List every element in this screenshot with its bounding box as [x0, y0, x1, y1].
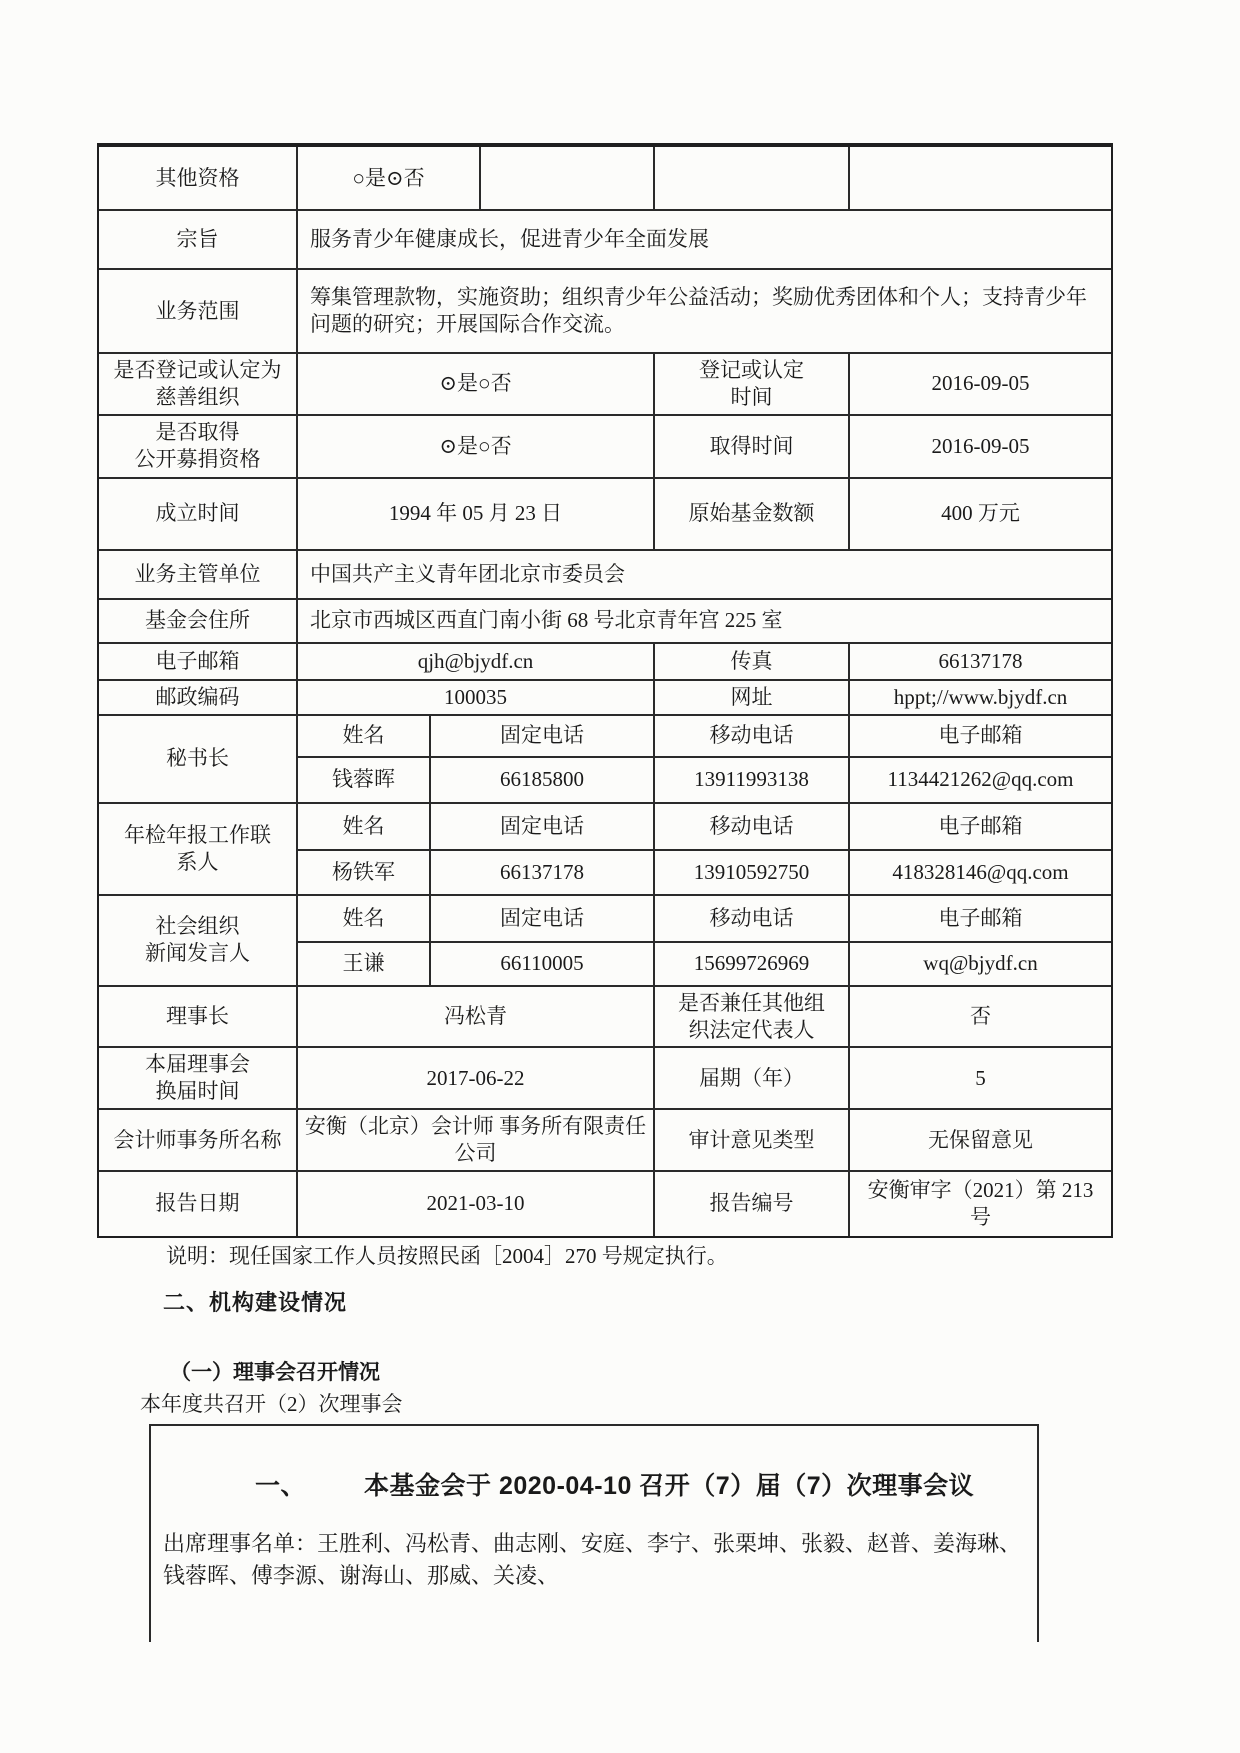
- row-value: 中国共产主义青年团北京市委员会: [296, 551, 1111, 598]
- col-header-tel: 固定电话: [429, 716, 653, 756]
- table-row-chairman: 理事长 冯松青 是否兼任其他组 织法定代表人 否: [99, 985, 1111, 1047]
- person-mail: 418328146@qq.com: [848, 851, 1111, 894]
- person-mobile: 15699726969: [653, 943, 848, 985]
- board-meeting-box: 一、 本基金会于 2020-04-10 召开（7）届（7）次理事会议 出席理事名…: [149, 1424, 1039, 1642]
- person-mobile: 13911993138: [653, 758, 848, 802]
- row-value: 冯松青: [296, 987, 653, 1047]
- group-data-row: 杨铁军 66137178 13910592750 418328146@qq.co…: [298, 849, 1111, 894]
- row-value: 2021-03-10: [296, 1172, 653, 1236]
- person-name: 杨铁军: [298, 851, 429, 894]
- col-header-mail: 电子邮箱: [848, 804, 1111, 849]
- col-header-mobile: 移动电话: [653, 716, 848, 756]
- row-sublabel: 原始基金数额: [653, 479, 848, 549]
- group-subtable: 姓名 固定电话 移动电话 电子邮箱 杨铁军 66137178 139105927…: [296, 804, 1111, 894]
- row-label: 基金会住所: [99, 600, 296, 642]
- col-header-mail: 电子邮箱: [848, 716, 1111, 756]
- table-group-secretary: 秘书长 姓名 固定电话 移动电话 电子邮箱 钱蓉晖 66185800 13911…: [99, 714, 1111, 802]
- col-header-tel: 固定电话: [429, 804, 653, 849]
- person-tel: 66110005: [429, 943, 653, 985]
- row-subvalue: 66137178: [848, 644, 1111, 679]
- col-header-name: 姓名: [298, 804, 429, 849]
- board-meeting-count-text: 本年度共召开（2）次理事会: [140, 1388, 403, 1418]
- row-sublabel: 审计意见类型: [653, 1110, 848, 1170]
- empty-cell: [848, 147, 1111, 209]
- person-name: 王谦: [298, 943, 429, 985]
- row-sublabel: 取得时间: [653, 416, 848, 477]
- row-label: 其他资格: [99, 147, 296, 209]
- scanned-report-page: 其他资格 ○是⊙否 宗旨 服务青少年健康成长，促进青少年全面发展 业务范围 筹集…: [0, 0, 1240, 1753]
- meeting-heading: 一、 本基金会于 2020-04-10 召开（7）届（7）次理事会议: [151, 1466, 1037, 1502]
- row-label: 邮政编码: [99, 681, 296, 714]
- row-subvalue: 否: [848, 987, 1111, 1047]
- group-subtable: 姓名 固定电话 移动电话 电子邮箱 钱蓉晖 66185800 139119931…: [296, 716, 1111, 802]
- col-header-tel: 固定电话: [429, 896, 653, 941]
- col-header-mobile: 移动电话: [653, 804, 848, 849]
- row-value: 筹集管理款物，实施资助；组织青少年公益活动；奖励优秀团体和个人；支持青少年问题的…: [296, 270, 1111, 352]
- table-row-address: 基金会住所 北京市西城区西直门南小街 68 号北京青年宫 225 室: [99, 598, 1111, 642]
- col-header-name: 姓名: [298, 896, 429, 941]
- person-mail: wq@bjydf.cn: [848, 943, 1111, 985]
- radio-yes-no-value: ⊙是○否: [296, 354, 653, 414]
- row-label: 会计师事务所名称: [99, 1110, 296, 1170]
- row-label: 成立时间: [99, 479, 296, 549]
- group-header-row: 姓名 固定电话 移动电话 电子邮箱: [298, 804, 1111, 849]
- row-subvalue: 2016-09-05: [848, 416, 1111, 477]
- empty-cell: [653, 147, 848, 209]
- table-row-supervisor-unit: 业务主管单位 中国共产主义青年团北京市委员会: [99, 549, 1111, 598]
- table-row-public-fundraising: 是否取得 公开募捐资格 ⊙是○否 取得时间 2016-09-05: [99, 414, 1111, 477]
- row-value: 服务青少年健康成长，促进青少年全面发展: [296, 211, 1111, 268]
- row-label: 是否登记或认定为 慈善组织: [99, 354, 296, 414]
- group-header-row: 姓名 固定电话 移动电话 电子邮箱: [298, 896, 1111, 941]
- person-name: 钱蓉晖: [298, 758, 429, 802]
- row-subvalue: 5: [848, 1048, 1111, 1108]
- row-value: 2017-06-22: [296, 1048, 653, 1108]
- table-row-founding-date: 成立时间 1994 年 05 月 23 日 原始基金数额 400 万元: [99, 477, 1111, 549]
- row-subvalue: hppt;//www.bjydf.cn: [848, 681, 1111, 714]
- attendee-list-text: 出席理事名单：王胜利、冯松青、曲志刚、安庭、李宁、张栗坤、张毅、赵普、姜海琳、钱…: [151, 1528, 1037, 1592]
- row-value: 1994 年 05 月 23 日: [296, 479, 653, 549]
- table-row-other-qualification: 其他资格 ○是⊙否: [99, 147, 1111, 209]
- table-row-scope: 业务范围 筹集管理款物，实施资助；组织青少年公益活动；奖励优秀团体和个人；支持青…: [99, 268, 1111, 352]
- table-group-spokesperson: 社会组织 新闻发言人 姓名 固定电话 移动电话 电子邮箱 王谦 66110005…: [99, 894, 1111, 985]
- row-label: 社会组织 新闻发言人: [99, 896, 296, 985]
- row-label: 报告日期: [99, 1172, 296, 1236]
- table-row-board-term: 本届理事会 换届时间 2017-06-22 届期（年） 5: [99, 1046, 1111, 1108]
- table-row-report-date: 报告日期 2021-03-10 报告编号 安衡审字（2021）第 213 号: [99, 1170, 1111, 1236]
- col-header-name: 姓名: [298, 716, 429, 756]
- subsection-title-board-meetings: （一）理事会召开情况: [170, 1356, 380, 1386]
- row-sublabel: 登记或认定 时间: [653, 354, 848, 414]
- row-sublabel: 传真: [653, 644, 848, 679]
- row-value: 100035: [296, 681, 653, 714]
- row-label: 电子邮箱: [99, 644, 296, 679]
- group-data-row: 钱蓉晖 66185800 13911993138 1134421262@qq.c…: [298, 756, 1111, 802]
- col-header-mail: 电子邮箱: [848, 896, 1111, 941]
- foundation-info-table: 其他资格 ○是⊙否 宗旨 服务青少年健康成长，促进青少年全面发展 业务范围 筹集…: [97, 143, 1113, 1238]
- row-label: 是否取得 公开募捐资格: [99, 416, 296, 477]
- row-label: 业务主管单位: [99, 551, 296, 598]
- radio-yes-no-value: ○是⊙否: [296, 147, 479, 209]
- row-label: 宗旨: [99, 211, 296, 268]
- row-label: 理事长: [99, 987, 296, 1047]
- row-label: 业务范围: [99, 270, 296, 352]
- table-row-charity-registration: 是否登记或认定为 慈善组织 ⊙是○否 登记或认定 时间 2016-09-05: [99, 352, 1111, 414]
- empty-cell: [479, 147, 653, 209]
- group-subtable: 姓名 固定电话 移动电话 电子邮箱 王谦 66110005 1569972696…: [296, 896, 1111, 985]
- table-row-purpose: 宗旨 服务青少年健康成长，促进青少年全面发展: [99, 209, 1111, 268]
- row-value: 北京市西城区西直门南小街 68 号北京青年宫 225 室: [296, 600, 1111, 642]
- table-row-email-fax: 电子邮箱 qjh@bjydf.cn 传真 66137178: [99, 642, 1111, 679]
- row-subvalue: 无保留意见: [848, 1110, 1111, 1170]
- row-label: 本届理事会 换届时间: [99, 1048, 296, 1108]
- remark-text: 说明：现任国家工作人员按照民函［2004］270 号规定执行。: [166, 1240, 728, 1270]
- radio-yes-no-value: ⊙是○否: [296, 416, 653, 477]
- table-row-postcode-website: 邮政编码 100035 网址 hppt;//www.bjydf.cn: [99, 679, 1111, 714]
- group-data-row: 王谦 66110005 15699726969 wq@bjydf.cn: [298, 941, 1111, 985]
- row-value: qjh@bjydf.cn: [296, 644, 653, 679]
- meeting-heading-text: 本基金会于 2020-04-10 召开（7）届（7）次理事会议: [364, 1466, 974, 1502]
- col-header-mobile: 移动电话: [653, 896, 848, 941]
- row-subvalue: 安衡审字（2021）第 213 号: [848, 1172, 1111, 1236]
- row-label: 秘书长: [99, 716, 296, 802]
- person-tel: 66185800: [429, 758, 653, 802]
- row-subvalue: 2016-09-05: [848, 354, 1111, 414]
- row-sublabel: 是否兼任其他组 织法定代表人: [653, 987, 848, 1047]
- person-mail: 1134421262@qq.com: [848, 758, 1111, 802]
- row-label: 年检年报工作联 系人: [99, 804, 296, 894]
- row-subvalue: 400 万元: [848, 479, 1111, 549]
- table-row-accounting-firm: 会计师事务所名称 安衡（北京）会计师 事务所有限责任公司 审计意见类型 无保留意…: [99, 1108, 1111, 1170]
- row-sublabel: 届期（年）: [653, 1048, 848, 1108]
- section-title-2: 二、机构建设情况: [163, 1286, 347, 1317]
- row-sublabel: 报告编号: [653, 1172, 848, 1236]
- group-header-row: 姓名 固定电话 移动电话 电子邮箱: [298, 716, 1111, 756]
- meeting-heading-number: 一、: [255, 1466, 306, 1502]
- person-tel: 66137178: [429, 851, 653, 894]
- table-group-inspection-contact: 年检年报工作联 系人 姓名 固定电话 移动电话 电子邮箱 杨铁军 6613717…: [99, 802, 1111, 894]
- person-mobile: 13910592750: [653, 851, 848, 894]
- row-value: 安衡（北京）会计师 事务所有限责任公司: [296, 1110, 653, 1170]
- row-sublabel: 网址: [653, 681, 848, 714]
